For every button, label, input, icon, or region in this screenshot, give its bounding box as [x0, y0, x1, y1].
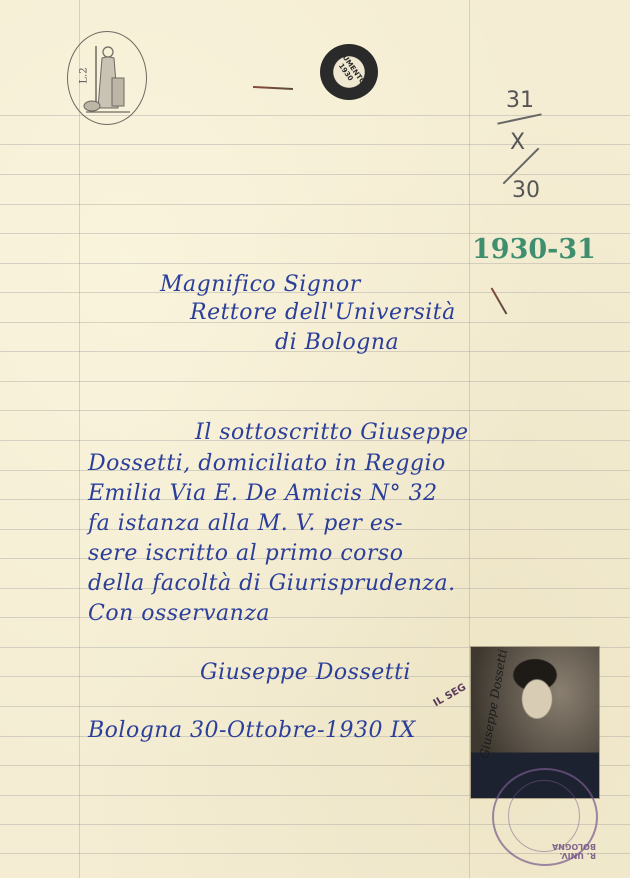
- dry-stamp: AUMENTO 1930: [320, 44, 378, 100]
- addressee-line: Rettore dell'Università: [190, 300, 456, 325]
- body-line: Emilia Via E. De Amicis N° 32: [88, 481, 438, 506]
- academic-year-stamp: 1930-31: [472, 234, 596, 265]
- round-stamp-text: R. UNIV. BOLOGNA: [516, 842, 596, 860]
- body-line: Con osservanza: [88, 601, 270, 626]
- pencil-number-bottom: 30: [512, 178, 540, 203]
- photo-signature: Giuseppe Dossetti: [477, 648, 510, 759]
- revenue-seal: L.2: [67, 31, 147, 125]
- dry-stamp-text: AUMENTO 1930: [326, 42, 372, 99]
- body-line: della facoltà di Giurisprudenza.: [88, 571, 456, 596]
- university-round-stamp: R. UNIV. BOLOGNA: [492, 768, 598, 866]
- body-line: sere iscritto al primo corso: [88, 541, 403, 566]
- date-line: Bologna 30-Ottobre-1930 IX: [88, 718, 416, 743]
- addressee-line: di Bologna: [275, 330, 399, 355]
- signature: Giuseppe Dossetti: [200, 660, 411, 685]
- staple-mark: [253, 86, 293, 90]
- body-line: Il sottoscritto Giuseppe: [195, 420, 469, 445]
- pencil-number-top: 31: [506, 88, 534, 113]
- addressee-line: Magnifico Signor: [160, 272, 361, 297]
- document-page: L.2 AUMENTO 1930 31 X 30 1930-31 Magnifi…: [0, 0, 630, 878]
- body-line: Dossetti, domiciliato in Reggio: [88, 451, 446, 476]
- pencil-number-middle: X: [510, 130, 525, 155]
- body-line: fa istanza alla M. V. per es-: [88, 511, 403, 536]
- allegorical-figure-icon: [82, 38, 134, 118]
